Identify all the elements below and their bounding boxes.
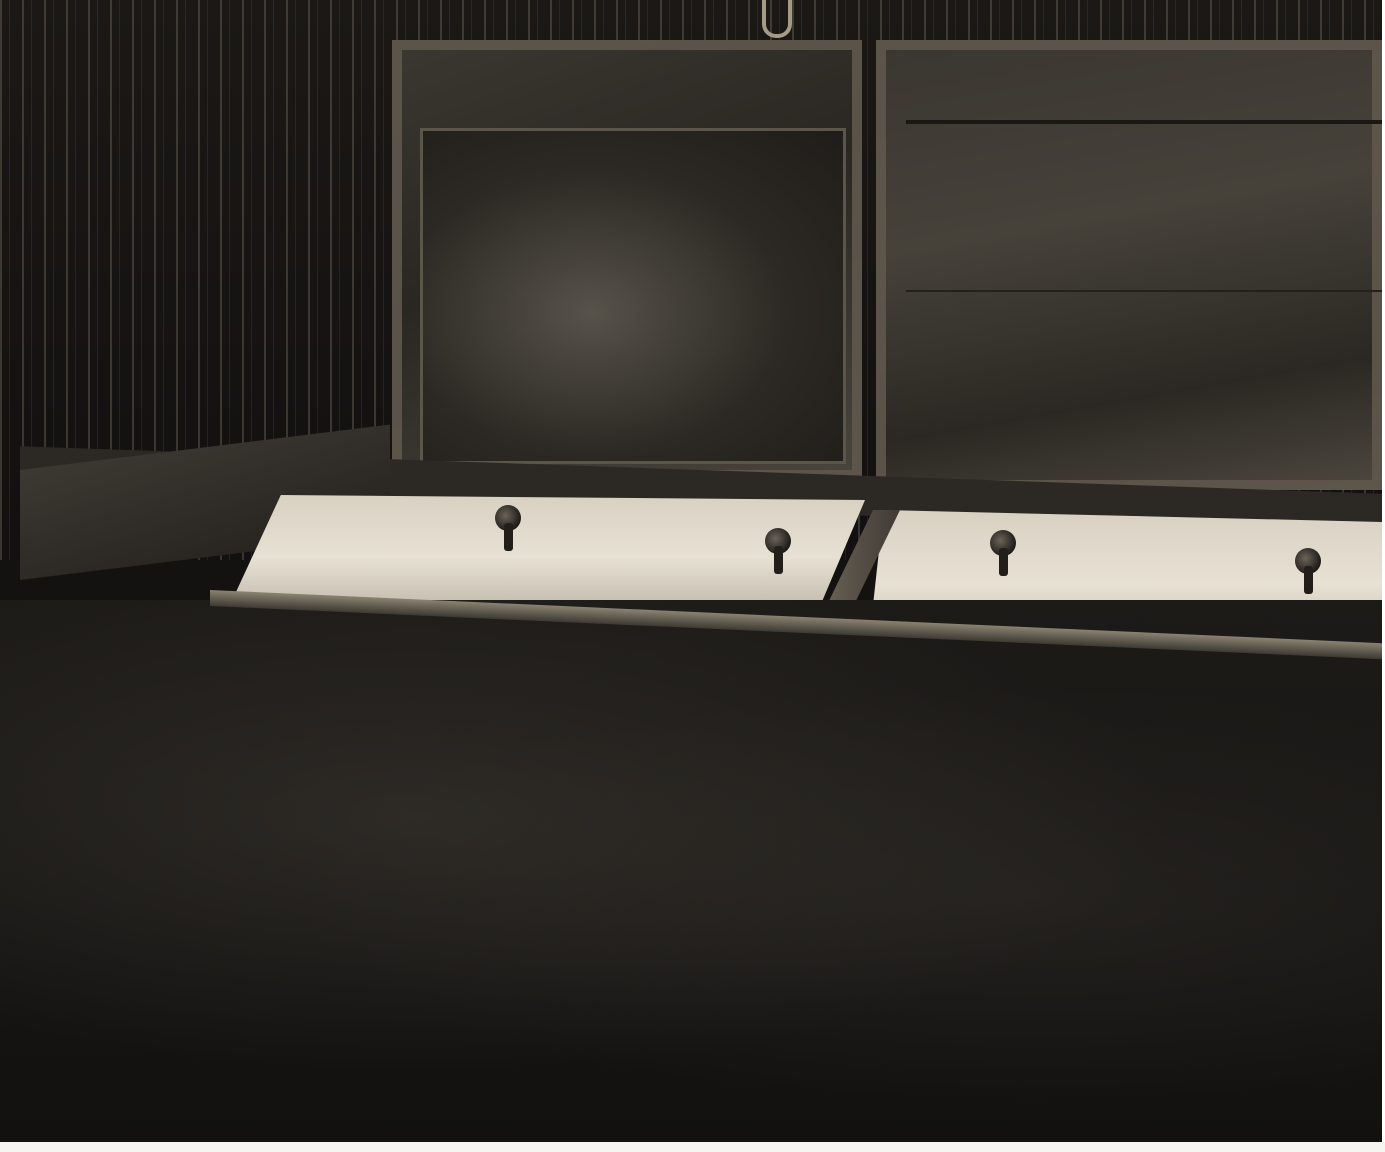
faucet-icon bbox=[1295, 548, 1321, 574]
photograph bbox=[0, 0, 1382, 1142]
faucet-icon bbox=[765, 528, 791, 554]
paper-border bbox=[0, 1142, 1385, 1152]
faucet-icon bbox=[990, 530, 1016, 556]
wooden-front-panel bbox=[0, 600, 1382, 1142]
lid-seam bbox=[906, 120, 1382, 124]
left-lid-inset bbox=[420, 128, 846, 464]
wall-hook bbox=[762, 0, 792, 38]
faucet-icon bbox=[495, 505, 521, 531]
lid-seam bbox=[906, 290, 1382, 292]
right-lid-panel bbox=[876, 40, 1382, 490]
left-lid-panel bbox=[392, 40, 862, 480]
